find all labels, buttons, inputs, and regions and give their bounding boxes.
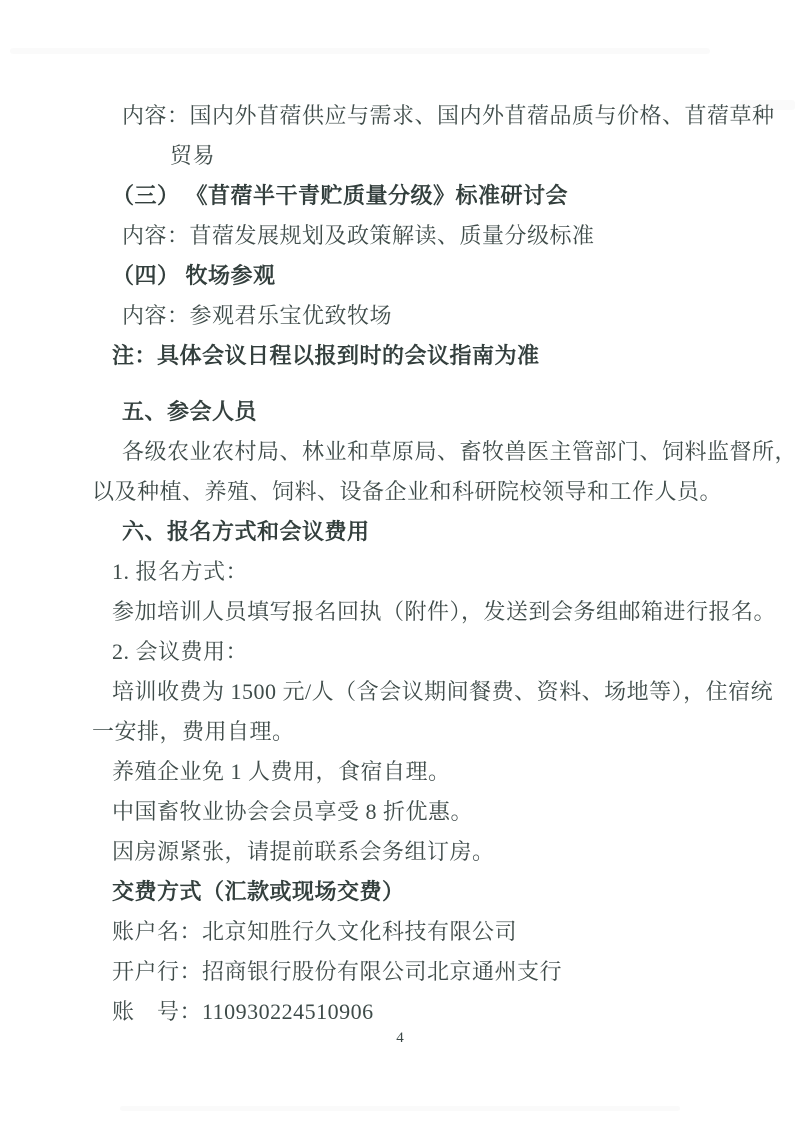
document-body: 内容：国内外苜蓿供应与需求、国内外苜蓿品质与价格、苜蓿草种 贸易 （三） 《苜蓿… — [0, 0, 800, 1032]
doc-line-content-item2: 内容：国内外苜蓿供应与需求、国内外苜蓿品质与价格、苜蓿草种 — [92, 96, 752, 136]
doc-line-registration-label: 1. 报名方式： — [92, 552, 752, 592]
doc-payment-heading: 交费方式（汇款或现场交费） — [92, 872, 752, 912]
doc-line-fee-body-cont: 一安排，费用自理。 — [92, 712, 752, 752]
doc-line-account-number: 账 号：110930224510906 — [92, 992, 752, 1032]
doc-line-content-item4: 内容：参观君乐宝优致牧场 — [92, 296, 752, 336]
doc-line-fee-label: 2. 会议费用： — [92, 632, 752, 672]
doc-heading-item3: （三） 《苜蓿半干青贮质量分级》标准研讨会 — [92, 176, 752, 216]
doc-section5-body-cont: 以及种植、养殖、饲料、设备企业和科研院校领导和工作人员。 — [92, 472, 752, 512]
scan-noise — [740, 100, 795, 110]
page-number: 4 — [0, 1028, 800, 1048]
doc-line-farm-waiver: 养殖企业免 1 人费用，食宿自理。 — [92, 752, 752, 792]
doc-line-room-booking: 因房源紧张，请提前联系会务组订房。 — [92, 832, 752, 872]
doc-line-fee-body: 培训收费为 1500 元/人（含会议期间餐费、资料、场地等），住宿统 — [92, 672, 752, 712]
document-page: 内容：国内外苜蓿供应与需求、国内外苜蓿品质与价格、苜蓿草种 贸易 （三） 《苜蓿… — [0, 0, 800, 1131]
doc-heading-item4: （四） 牧场参观 — [92, 256, 752, 296]
scan-noise — [10, 48, 710, 54]
doc-line-registration-body: 参加培训人员填写报名回执（附件），发送到会务组邮箱进行报名。 — [92, 592, 752, 632]
doc-section5-heading: 五、参会人员 — [92, 392, 752, 432]
doc-section6-heading: 六、报名方式和会议费用 — [92, 512, 752, 552]
doc-line-account-name: 账户名：北京知胜行久文化科技有限公司 — [92, 912, 752, 952]
doc-section5-body: 各级农业农村局、林业和草原局、畜牧兽医主管部门、饲料监督所， — [92, 432, 752, 472]
doc-line-content-item2-cont: 贸易 — [92, 136, 752, 176]
scan-noise — [120, 1106, 680, 1111]
doc-line-bank-name: 开户行：招商银行股份有限公司北京通州支行 — [92, 952, 752, 992]
doc-note-line: 注：具体会议日程以报到时的会议指南为准 — [92, 336, 752, 376]
doc-line-content-item3: 内容：苜蓿发展规划及政策解读、质量分级标准 — [92, 216, 752, 256]
doc-line-member-discount: 中国畜牧业协会会员享受 8 折优惠。 — [92, 792, 752, 832]
